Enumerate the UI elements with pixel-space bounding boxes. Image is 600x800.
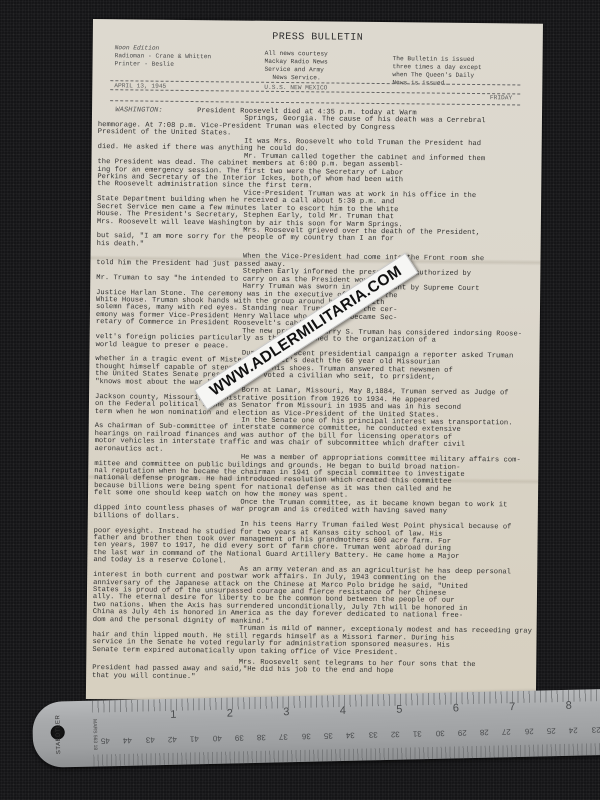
ruler-cm-label: 42: [168, 735, 177, 744]
ruler-brand: STAEDTLER: [55, 704, 62, 764]
ruler-cm-label: 37: [279, 732, 288, 741]
ruler-inch-label: 8: [566, 700, 572, 712]
ruler-cm-label: 29: [458, 728, 467, 737]
ruler-inch-label: 3: [283, 706, 289, 718]
ruler-cm-ticks: [93, 742, 600, 766]
ruler-cm-label: 26: [524, 727, 533, 736]
steel-ruler: STAEDTLER MARS 563 18 123456789454443424…: [32, 688, 600, 768]
ruler-inch-label: 2: [227, 707, 233, 719]
ruler-cm-label: 33: [368, 730, 377, 739]
article-body: WASHINGTON: President Roosevelt died at …: [92, 107, 528, 685]
issue-weekday: FRIDAY: [490, 94, 512, 101]
ruler-cm-label: 34: [346, 731, 355, 740]
ruler-model: MARS 563 18: [91, 715, 97, 755]
ruler-inch-label: 1: [170, 709, 176, 721]
ruler-cm-label: 36: [301, 732, 310, 741]
ruler-cm-label: 45: [101, 736, 110, 745]
ruler-cm-label: 28: [480, 728, 489, 737]
header-edition-credits: Noon Edition Radioman - Crane & Whitten …: [114, 44, 211, 69]
ruler-cm-label: 27: [502, 727, 511, 736]
ruler-inch-label: 7: [509, 701, 515, 713]
ruler-cm-label: 35: [324, 731, 333, 740]
ruler-inch-label: 6: [453, 702, 459, 714]
press-bulletin-page: PRESS BULLETIN Noon Edition Radioman - C…: [86, 19, 543, 704]
masthead-title: PRESS BULLETIN: [93, 30, 543, 46]
ruler-cm-label: 32: [391, 730, 400, 739]
ruler-cm-label: 30: [435, 729, 444, 738]
header-news-courtesy: All news courtesy Mackay Radio News Serv…: [264, 50, 327, 83]
printer-credit: Printer - Beslie: [114, 60, 211, 69]
ruler-cm-label: 38: [257, 733, 266, 742]
ruler-cm-label: 43: [145, 735, 154, 744]
ruler-cm-label: 41: [190, 734, 199, 743]
ruler-cm-label: 40: [212, 734, 221, 743]
ruler-cm-label: 44: [123, 736, 132, 745]
divider-bottom: [110, 100, 520, 105]
ruler-inch-label: 4: [340, 705, 346, 717]
ruler-cm-label: 24: [569, 726, 578, 735]
ruler-cm-label: 31: [413, 729, 422, 738]
ruler-cm-label: 25: [547, 726, 556, 735]
ruler-cm-label: 23: [591, 725, 600, 734]
ruler-cm-label: 39: [235, 733, 244, 742]
ruler-inch-label: 5: [396, 704, 402, 716]
